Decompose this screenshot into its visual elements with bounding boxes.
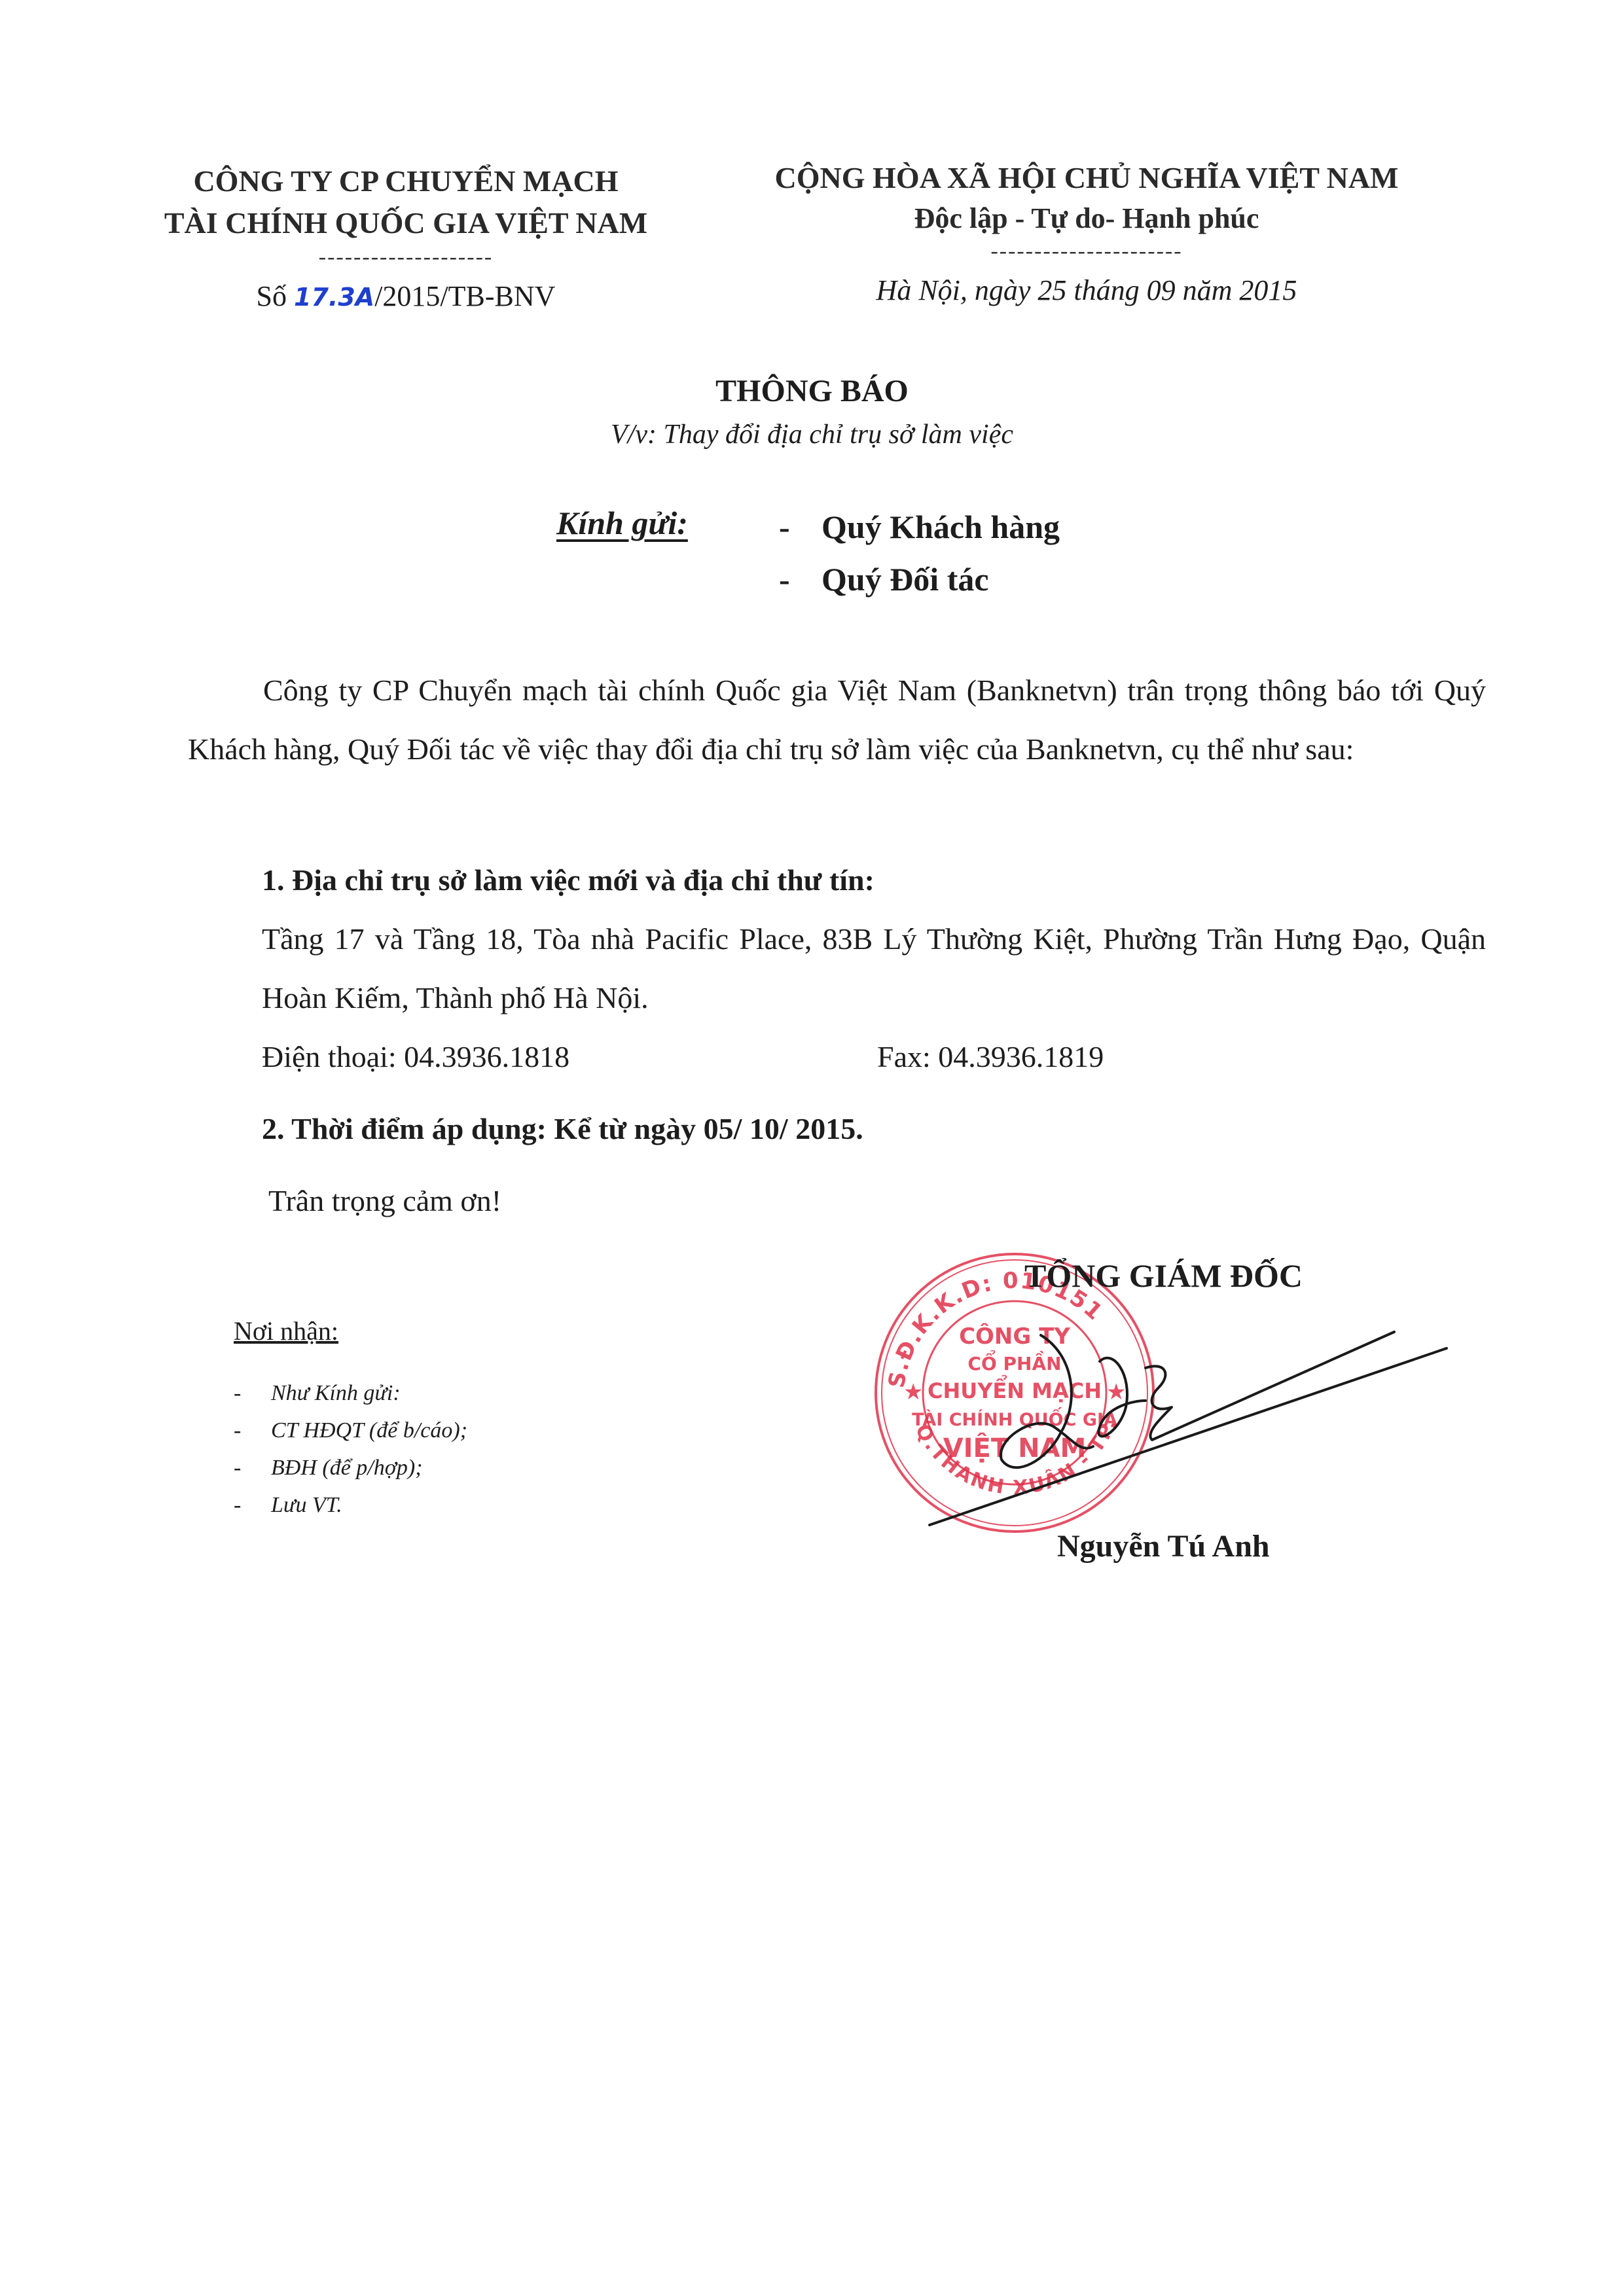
- section-1-heading: 1. Địa chỉ trụ sở làm việc mới và địa ch…: [262, 851, 1486, 910]
- receivers-label: Nơi nhận:: [234, 1316, 338, 1346]
- national-header: CỘNG HÒA XÃ HỘI CHỦ NGHĨA VIỆT NAM Độc l…: [713, 157, 1460, 310]
- body-intro: Công ty CP Chuyển mạch tài chính Quốc gi…: [188, 661, 1486, 779]
- contact-row: Điện thoại: 04.3936.1818 Fax: 04.3936.18…: [262, 1028, 1486, 1086]
- section-2-effective-date: 2. Thời điểm áp dụng: Kể từ ngày 05/ 10/…: [262, 1100, 1486, 1158]
- receiver-item: -BĐH (để p/hợp);: [234, 1449, 467, 1486]
- receiver-item: -Như Kính gửi:: [234, 1374, 467, 1412]
- receiver-item: -Lưu VT.: [234, 1486, 467, 1524]
- new-address: Tầng 17 và Tầng 18, Tòa nhà Pacific Plac…: [262, 910, 1486, 1028]
- addressee-label: Kính gửi:: [556, 504, 688, 542]
- place-date: Hà Nội, ngày 25 tháng 09 năm 2015: [713, 271, 1460, 310]
- addressee-item: - Quý Khách hàng: [779, 501, 1060, 553]
- addressee-item: - Quý Đối tác: [779, 553, 1060, 605]
- bullet-dash: -: [234, 1449, 271, 1486]
- nation-separator: ----------------------: [713, 238, 1460, 264]
- intro-paragraph: Công ty CP Chuyển mạch tài chính Quốc gi…: [188, 661, 1486, 779]
- reference-suffix: /2015/TB-BNV: [374, 280, 555, 312]
- handwritten-number: 17.3A: [294, 283, 374, 312]
- handwritten-signature-icon: [884, 1302, 1473, 1538]
- bullet-dash: -: [779, 553, 821, 605]
- closing-thanks: Trân trọng cảm ơn!: [268, 1172, 501, 1230]
- nation-title: CỘNG HÒA XÃ HỘI CHỦ NGHĨA VIỆT NAM: [713, 157, 1460, 199]
- national-motto: Độc lập - Tự do- Hạnh phúc: [713, 199, 1460, 238]
- fax-number: Fax: 04.3936.1819: [877, 1028, 1104, 1086]
- signer-name: Nguyễn Tú Anh: [1057, 1528, 1270, 1564]
- document-subject: V/v: Thay đổi địa chỉ trụ sở làm việc: [0, 419, 1624, 450]
- organization-header: CÔNG TY CP CHUYỂN MẠCH TÀI CHÍNH QUỐC GI…: [111, 160, 700, 317]
- phone-number: Điện thoại: 04.3936.1818: [262, 1028, 877, 1086]
- reference-number: Số 17.3A/2015/TB-BNV: [111, 277, 700, 317]
- signer-title: TỔNG GIÁM ĐỐC: [1024, 1257, 1303, 1295]
- receiver-item: -CT HĐQT (để b/cáo);: [234, 1412, 467, 1449]
- receivers-list: -Như Kính gửi: -CT HĐQT (để b/cáo); -BĐH…: [234, 1374, 467, 1524]
- bullet-dash: -: [234, 1412, 271, 1449]
- receiver-text: Lưu VT.: [271, 1486, 342, 1524]
- org-name-line-1: CÔNG TY CP CHUYỂN MẠCH: [111, 160, 700, 202]
- receiver-text: CT HĐQT (để b/cáo);: [271, 1412, 467, 1449]
- bullet-dash: -: [234, 1486, 271, 1524]
- receiver-text: BĐH (để p/hợp);: [271, 1449, 423, 1486]
- org-separator: --------------------: [111, 244, 700, 270]
- bullet-dash: -: [234, 1374, 271, 1412]
- section-1: 1. Địa chỉ trụ sở làm việc mới và địa ch…: [262, 851, 1486, 1086]
- org-name-line-2: TÀI CHÍNH QUỐC GIA VIỆT NAM: [111, 202, 700, 244]
- receiver-text: Như Kính gửi:: [271, 1374, 401, 1412]
- addressee-text: Quý Đối tác: [821, 553, 989, 605]
- reference-prefix: Số: [257, 280, 294, 312]
- addressee-text: Quý Khách hàng: [821, 501, 1060, 553]
- addressee-list: - Quý Khách hàng - Quý Đối tác: [779, 501, 1060, 605]
- bullet-dash: -: [779, 501, 821, 553]
- document-title: THÔNG BÁO: [0, 373, 1624, 409]
